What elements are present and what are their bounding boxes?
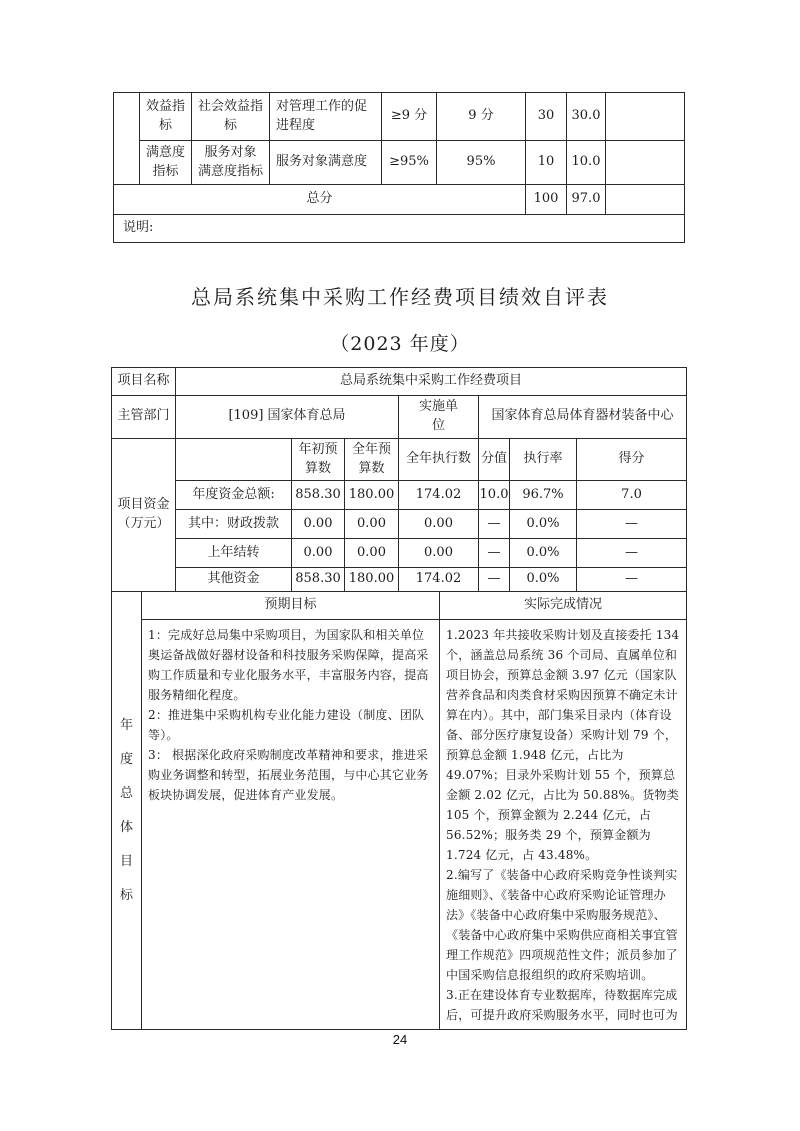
fund-row-carryover: 上年结转 0.00 0.00 0.00 — 0.0% — [112,539,687,568]
fund-points: — [479,568,510,592]
self-evaluation-table: 项目名称 总局系统集中采购工作经费项目 主管部门 [109] 国家体育总局 实施… [111,367,687,1030]
indicator-points: 10 [526,141,567,185]
indicator-target: ≥9 分 [382,93,437,141]
total-score-row: 总分 100 97.0 [114,185,685,215]
empty-cell [114,93,140,185]
indicator-name: 对管理工作的促 进程度 [270,93,382,141]
col-score: 得分 [577,438,687,481]
col-points: 分值 [479,438,510,481]
table-row: 满意度 指标 服务对象 满意度指标 服务对象满意度 ≥95% 95% 10 10… [114,141,685,185]
fund-annual: 180.00 [345,481,399,510]
fund-executed: 0.00 [399,510,479,539]
table-row: 效益指 标 社会效益指 标 对管理工作的促 进程度 ≥9 分 9 分 30 30… [114,93,685,141]
fund-initial: 858.30 [292,481,345,510]
funds-label: 项目资金 （万元） [112,438,176,592]
fund-executed: 174.02 [399,481,479,510]
fund-row-fiscal: 其中：财政拨款 0.00 0.00 0.00 — 0.0% — [112,510,687,539]
fund-points: — [479,539,510,568]
indicator-subcategory: 社会效益指 标 [192,93,270,141]
fund-initial: 0.00 [292,510,345,539]
fund-rate: 0.0% [510,539,577,568]
document-page: 效益指 标 社会效益指 标 对管理工作的促 进程度 ≥9 分 9 分 30 30… [0,0,800,1131]
indicator-category: 效益指 标 [140,93,192,141]
actual-completion-header: 实际完成情况 [440,592,687,620]
annual-goal-label: 年度总体目标 [112,592,142,1030]
col-annual-executed: 全年执行数 [399,438,479,481]
col-annual-budget: 全年预 算数 [345,438,399,481]
fund-rate: 96.7% [510,481,577,510]
fund-rate: 0.0% [510,568,577,592]
indicator-score: 10.0 [567,141,606,185]
fund-score: — [577,568,687,592]
indicator-name: 服务对象满意度 [270,141,382,185]
empty-cell [606,141,685,185]
actual-completion-text: 1.2023 年共接收采购计划及直接委托 134 个，涵盖总局系统 36 个司局… [440,620,687,1030]
indicator-actual: 95% [437,141,526,185]
empty-cell [606,93,685,141]
total-score: 97.0 [567,185,606,215]
fund-row-label: 其他资金 [176,568,292,592]
fund-annual: 0.00 [345,510,399,539]
goal-content-row: 1：完成好总局集中采购项目，为国家队和相关单位奥运备战做好器材设备和科技服务采购… [112,620,687,1030]
project-name-value: 总局系统集中采购工作经费项目 [176,368,687,396]
fund-row-total: 年度资金总额: 858.30 180.00 174.02 10.0 96.7% … [112,481,687,510]
fund-row-label: 上年结转 [176,539,292,568]
indicator-category: 满意度 指标 [140,141,192,185]
impl-unit-value: 国家体育总局体育器材装备中心 [479,396,687,439]
col-execution-rate: 执行率 [510,438,577,481]
fund-row-other: 其他资金 858.30 180.00 174.02 — 0.0% — [112,568,687,592]
fund-annual: 180.00 [345,568,399,592]
fund-score: 7.0 [577,481,687,510]
fund-executed: 174.02 [399,568,479,592]
impl-unit-label: 实施单 位 [399,396,479,439]
fund-header-row: 项目资金 （万元） 年初预 算数 全年预 算数 全年执行数 分值 执行率 得分 [112,438,687,481]
fund-score: — [577,539,687,568]
fund-rate: 0.0% [510,510,577,539]
fund-row-label: 年度资金总额: [176,481,292,510]
department-row: 主管部门 [109] 国家体育总局 实施单 位 国家体育总局体育器材装备中心 [112,396,687,439]
indicator-actual: 9 分 [437,93,526,141]
col-initial-budget: 年初预 算数 [292,438,345,481]
dept-label: 主管部门 [112,396,176,439]
document-subtitle: （2023 年度） [0,329,800,356]
indicator-score: 30.0 [567,93,606,141]
indicator-points: 30 [526,93,567,141]
empty-cell [606,185,685,215]
expected-goal-text: 1：完成好总局集中采购项目，为国家队和相关单位奥运备战做好器材设备和科技服务采购… [142,620,440,1030]
document-title: 总局系统集中采购工作经费项目绩效自评表 [0,281,800,310]
page-number: 24 [0,1032,800,1047]
goal-header-row: 年度总体目标 预期目标 实际完成情况 [112,592,687,620]
indicator-target: ≥95% [382,141,437,185]
empty-cell [176,438,292,481]
dept-value: [109] 国家体育总局 [176,396,399,439]
fund-points: — [479,510,510,539]
total-points: 100 [526,185,567,215]
fund-points: 10.0 [479,481,510,510]
fund-score: — [577,510,687,539]
expected-goal-header: 预期目标 [142,592,440,620]
indicator-score-table: 效益指 标 社会效益指 标 对管理工作的促 进程度 ≥9 分 9 分 30 30… [113,92,685,243]
fund-executed: 0.00 [399,539,479,568]
fund-annual: 0.00 [345,539,399,568]
fund-row-label: 其中：财政拨款 [176,510,292,539]
indicator-subcategory: 服务对象 满意度指标 [192,141,270,185]
project-name-label: 项目名称 [112,368,176,396]
project-name-row: 项目名称 总局系统集中采购工作经费项目 [112,368,687,396]
fund-initial: 858.30 [292,568,345,592]
total-label: 总分 [114,185,526,215]
fund-initial: 0.00 [292,539,345,568]
note-row: 说明: [114,215,685,243]
note-label: 说明: [114,215,685,243]
